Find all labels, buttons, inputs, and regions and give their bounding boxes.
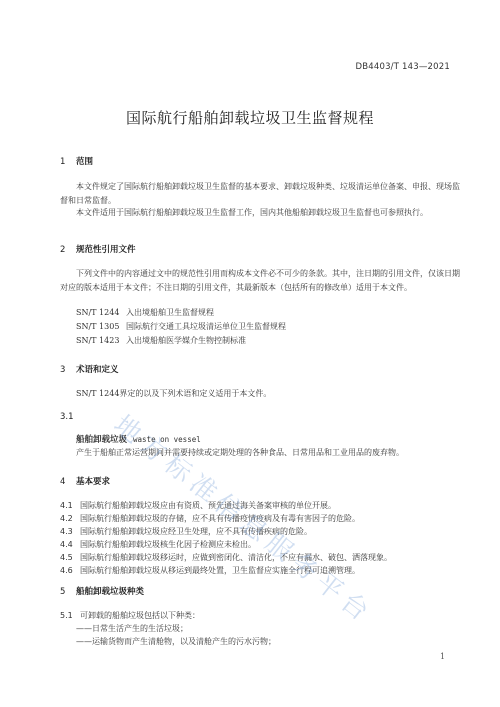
reference-item: SN/T 1244入出境船舶卫生监督规程 xyxy=(76,307,214,318)
reference-name: 入出境船舶卫生监督规程 xyxy=(126,308,214,317)
document-code: DB4403/T 143—2021 xyxy=(355,62,450,72)
section-number: 2 xyxy=(60,245,76,255)
requirement-item: 4.5国际航行船舶卸载垃圾移运时，应做到密闭化、清洁化，不应有漏水、破包、洒落现… xyxy=(60,552,392,563)
section-number: 3 xyxy=(60,365,76,375)
section-title: 术语和定义 xyxy=(76,365,119,375)
reference-name: 国际航行交通工具垃圾清运单位卫生监督规程 xyxy=(126,322,286,331)
reference-name: 入出境船舶医学媒介生物控制标准 xyxy=(126,336,246,345)
reference-code: SN/T 1305 xyxy=(76,322,126,331)
section-title: 船舶卸载垃圾种类 xyxy=(76,587,144,597)
section-number: 1 xyxy=(60,157,76,167)
bullet-item: ——运输货物而产生清舱物，以及清舱产生的污水污物； xyxy=(76,636,276,647)
section-heading-2: 2规范性引用文件 xyxy=(60,243,136,255)
section-heading-4: 4基本要求 xyxy=(60,475,110,487)
document-page: DB4403/T 143—2021 国际航行船舶卸载垃圾卫生监督规程 1范围 本… xyxy=(0,0,500,707)
section-title: 基本要求 xyxy=(76,477,110,487)
bullet-item: ——日常生活产生的生活垃圾； xyxy=(76,623,188,634)
category-item: 5.1可卸载的船舶垃圾包括以下种类： xyxy=(60,610,200,621)
page-title: 国际航行船舶卸载垃圾卫生监督规程 xyxy=(0,107,500,128)
section-number: 4 xyxy=(60,477,76,487)
reference-code: SN/T 1244 xyxy=(76,308,126,317)
section-heading-5: 5船舶卸载垃圾种类 xyxy=(60,585,144,597)
reference-item: SN/T 1305国际航行交通工具垃圾清运单位卫生监督规程 xyxy=(76,321,286,332)
section-1-paragraph-1: 本文件规定了国际航行船舶卸载垃圾卫生监督的基本要求、卸载垃圾种类、垃圾清运单位备… xyxy=(60,180,464,207)
section-heading-1: 1范围 xyxy=(60,155,93,167)
reference-code: SN/T 1423 xyxy=(76,336,126,345)
term-entry: 船舶卸载垃圾waste on vessel xyxy=(76,433,201,447)
requirement-item: 4.1国际航行船舶卸载垃圾应由有资质、预先通过海关备案审核的单位开展。 xyxy=(60,500,336,511)
requirement-item: 4.6国际航行船舶卸载垃圾从移运到最终处置，卫生监督应实施全行程可追溯管理。 xyxy=(60,565,360,576)
term-chinese: 船舶卸载垃圾 xyxy=(76,435,127,445)
reference-item: SN/T 1423入出境船舶医学媒介生物控制标准 xyxy=(76,335,246,346)
section-1-paragraph-2: 本文件适用于国际航行船舶卸载垃圾卫生监督工作，国内其他船舶卸载垃圾卫生监督也可参… xyxy=(60,206,464,220)
term-english: waste on vessel xyxy=(133,435,201,444)
section-2-paragraph: 下列文件中的内容通过文中的规范性引用而构成本文件必不可少的条款。其中，注日期的引… xyxy=(60,267,464,294)
section-number: 5 xyxy=(60,587,76,597)
term-number: 3.1 xyxy=(60,412,74,422)
page-number: 1 xyxy=(440,652,445,661)
section-title: 范围 xyxy=(76,157,93,167)
section-3-intro: SN/T 1244界定的以及下列术语和定义适用于本文件。 xyxy=(76,387,271,400)
section-heading-3: 3术语和定义 xyxy=(60,363,119,375)
requirement-item: 4.4国际航行船舶卸载垃圾核生化因子检测应未检出。 xyxy=(60,539,256,550)
term-definition: 产生于船舶正常运营期间并需要持续或定期处理的各种食品、日常用品和工业用品的废弃物… xyxy=(76,446,404,459)
requirement-item: 4.2国际航行船舶卸载垃圾的存储，应不具有传播疫情疫病及有毒有害因子的危险。 xyxy=(60,513,360,524)
requirement-item: 4.3国际航行船舶卸载垃圾应经卫生处理，应不具有传播疾病的危险。 xyxy=(60,526,312,537)
section-title: 规范性引用文件 xyxy=(76,245,136,255)
